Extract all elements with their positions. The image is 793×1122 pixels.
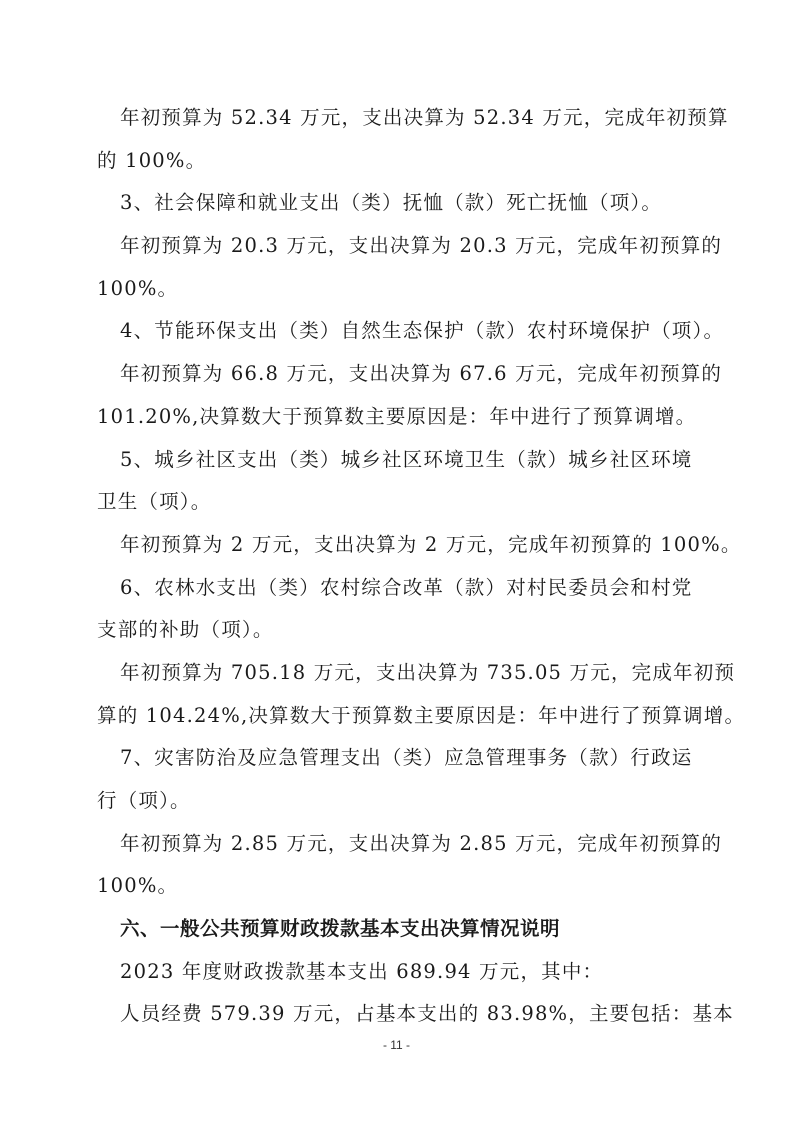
paragraph-line: 行（项）。 [97, 780, 717, 823]
paragraph-line: 年初预算为 2 万元，支出决算为 2 万元，完成年初预算的 100%。 [97, 524, 717, 567]
paragraph-line: 年初预算为 705.18 万元，支出决算为 735.05 万元，完成年初预 [97, 652, 717, 695]
body-text: 年初预算为 52.34 万元，支出决算为 52.34 万元，完成年初预算 的 1… [97, 97, 717, 1036]
paragraph-line: 年初预算为 66.8 万元，支出决算为 67.6 万元，完成年初预算的 [97, 353, 717, 396]
paragraph-line: 2023 年度财政拨款基本支出 689.94 万元，其中： [97, 951, 717, 994]
paragraph-line: 的 100%。 [97, 140, 717, 183]
paragraph-line: 算的 104.24%,决算数大于预算数主要原因是：年中进行了预算调增。 [97, 695, 717, 738]
paragraph-line: 人员经费 579.39 万元，占基本支出的 83.98%，主要包括：基本 [97, 993, 717, 1036]
item-heading-5: 5、城乡社区支出（类）城乡社区环境卫生（款）城乡社区环境 [97, 439, 717, 482]
paragraph-line: 年初预算为 52.34 万元，支出决算为 52.34 万元，完成年初预算 [97, 97, 717, 140]
item-heading-6: 6、农林水支出（类）农村综合改革（款）对村民委员会和村党 [97, 567, 717, 610]
item-heading-4: 4、节能环保支出（类）自然生态保护（款）农村环境保护（项）。 [97, 310, 717, 353]
document-page: 年初预算为 52.34 万元，支出决算为 52.34 万元，完成年初预算 的 1… [0, 0, 793, 1122]
paragraph-line: 100%。 [97, 865, 717, 908]
item-heading-3: 3、社会保障和就业支出（类）抚恤（款）死亡抚恤（项）。 [97, 182, 717, 225]
item-heading-7: 7、灾害防治及应急管理支出（类）应急管理事务（款）行政运 [97, 737, 717, 780]
page-number: - 11 - [0, 1038, 793, 1052]
paragraph-line: 100%。 [97, 268, 717, 311]
section-heading: 六、一般公共预算财政拨款基本支出决算情况说明 [97, 908, 717, 951]
paragraph-line: 卫生（项）。 [97, 481, 717, 524]
paragraph-line: 101.20%,决算数大于预算数主要原因是：年中进行了预算调增。 [97, 396, 717, 439]
paragraph-line: 支部的补助（项）。 [97, 609, 717, 652]
paragraph-line: 年初预算为 2.85 万元，支出决算为 2.85 万元，完成年初预算的 [97, 823, 717, 866]
paragraph-line: 年初预算为 20.3 万元，支出决算为 20.3 万元，完成年初预算的 [97, 225, 717, 268]
